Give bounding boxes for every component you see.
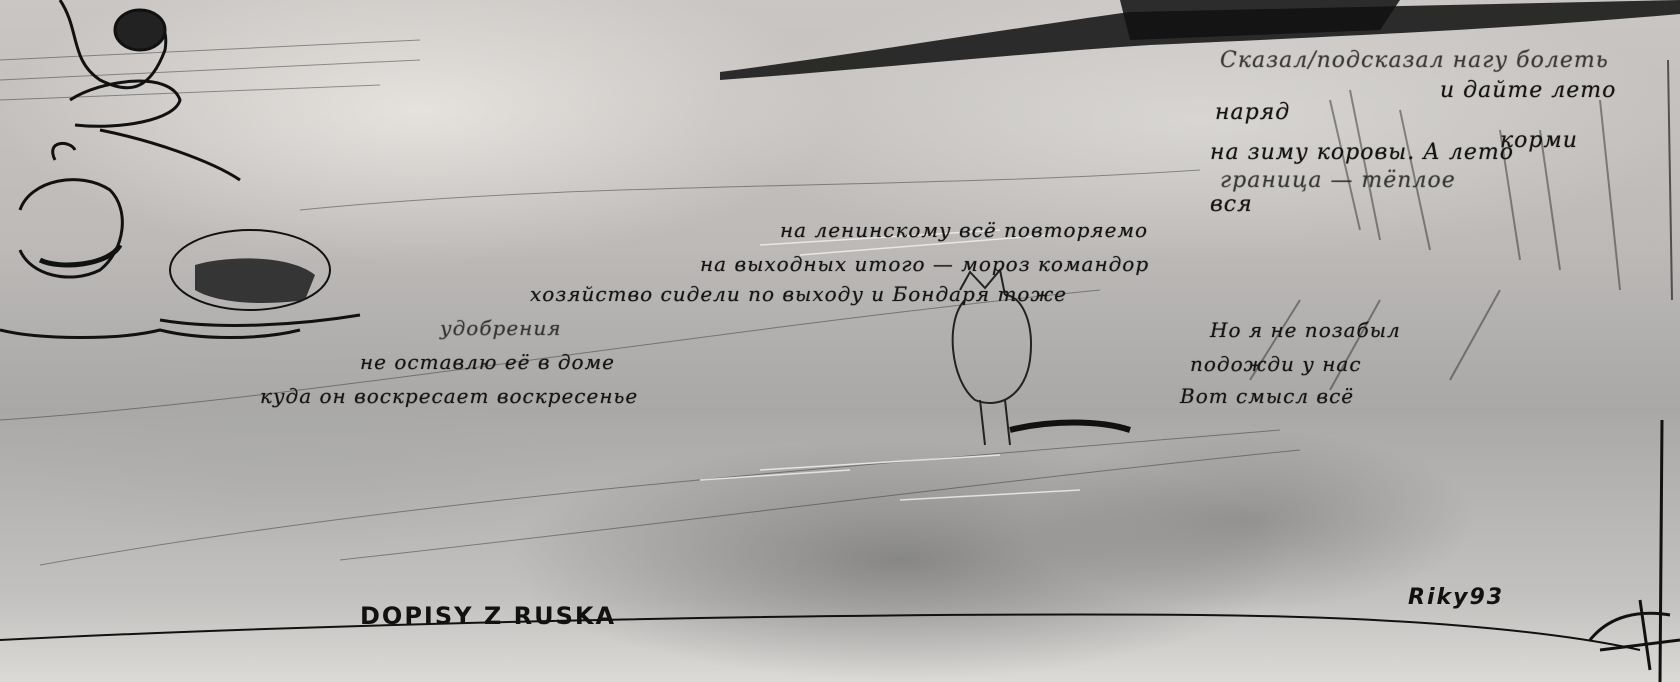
- handwriting-line: Но я не позабыл: [1210, 318, 1401, 342]
- artwork-inscription: DOPISY Z RUSKA: [360, 602, 616, 630]
- handwriting-line: подожди у нас: [1190, 352, 1362, 376]
- artwork-canvas: Сказал/подсказал нагу болеть и дайте лет…: [0, 0, 1680, 682]
- handwriting-line: на ленинскому всё повторяемо: [780, 218, 1148, 242]
- handwriting-line: удобрения: [440, 316, 561, 340]
- signature-name: Riky: [1408, 585, 1469, 610]
- handwriting-line: куда он воскресает воскресенье: [260, 384, 638, 408]
- handwriting-line: граница — тёплое: [1220, 168, 1456, 193]
- reclining-animal-sketch: [160, 230, 360, 325]
- artist-signature: Riky93: [1408, 585, 1504, 610]
- handwriting-line: Сказал/подсказал нагу болеть: [1220, 48, 1609, 73]
- handwriting-line: и дайте лето: [1440, 78, 1616, 103]
- handwriting-line: на зиму коровы. А лето: [1210, 140, 1514, 165]
- handwriting-line: наряд: [1215, 100, 1290, 125]
- ink-strokes: [0, 0, 1680, 682]
- handwriting-line: на выходных итого — мороз командор: [700, 252, 1149, 276]
- dog-head-sketch: [0, 143, 300, 337]
- handwriting-line: Вот смысл всё: [1180, 384, 1354, 408]
- handwriting-line: хозяйство сидели по выходу и Бондаря тож…: [530, 282, 1067, 306]
- signature-year: 93: [1469, 585, 1504, 610]
- handwriting-line: вся: [1210, 192, 1253, 217]
- sketch-figure-top-left: [60, 0, 240, 180]
- handwriting-line: не оставлю её в доме: [360, 350, 615, 374]
